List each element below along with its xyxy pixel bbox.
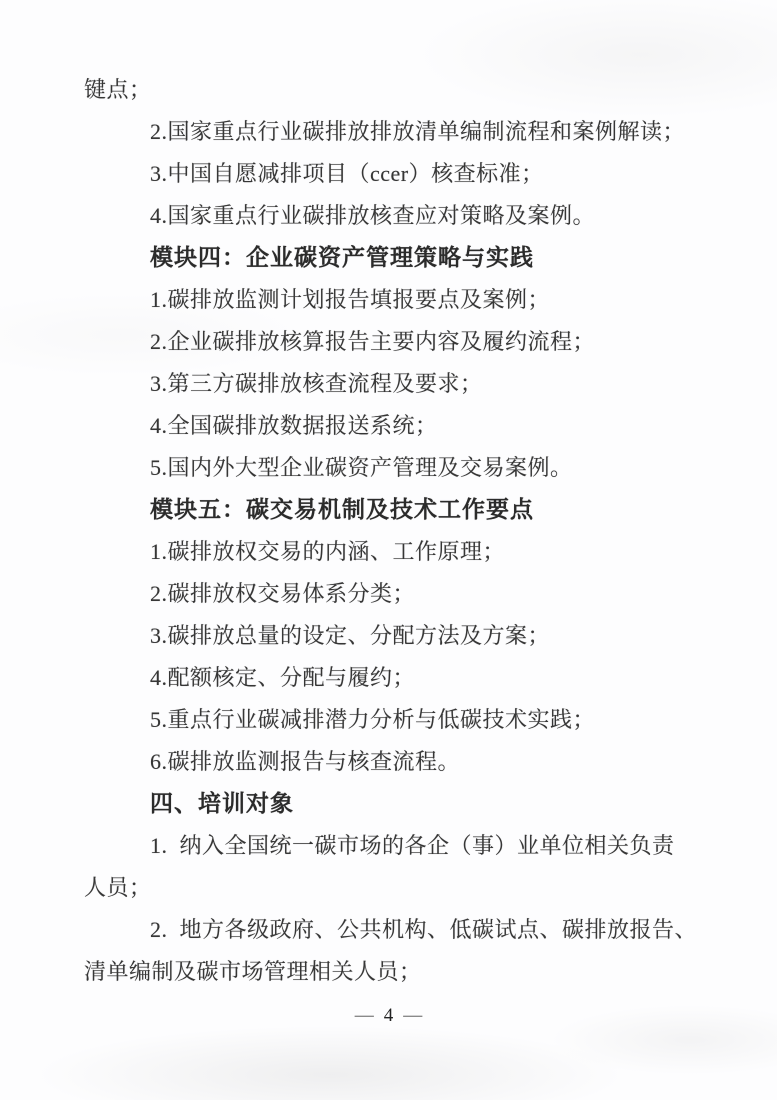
scanned-document-page: 键点； 2.国家重点行业碳排放排放清单编制流程和案例解读； 3.中国自愿减排项目… (0, 0, 777, 1100)
document-body: 键点； 2.国家重点行业碳排放排放清单编制流程和案例解读； 3.中国自愿减排项目… (84, 69, 697, 993)
body-line-list-item: 5.国内外大型企业碳资产管理及交易案例。 (84, 447, 697, 489)
body-line-continuation: 清单编制及碳市场管理相关人员； (84, 951, 697, 993)
footer-dash-left: — (355, 1005, 374, 1026)
body-line-list-item: 6.碳排放监测报告与核查流程。 (84, 741, 697, 783)
body-line-list-item: 2.国家重点行业碳排放排放清单编制流程和案例解读； (84, 111, 697, 153)
page-number: 4 (384, 1005, 394, 1026)
body-line-list-item: 4.配额核定、分配与履约； (84, 657, 697, 699)
body-line-list-item: 3.中国自愿减排项目（ccer）核查标准； (84, 153, 697, 195)
body-line-list-item: 2.碳排放权交易体系分类； (84, 573, 697, 615)
section-heading-module-4: 模块四：企业碳资产管理策略与实践 (84, 237, 697, 279)
body-line-list-item: 3.碳排放总量的设定、分配方法及方案； (84, 615, 697, 657)
section-heading-module-5: 模块五：碳交易机制及技术工作要点 (84, 489, 697, 531)
page-footer: —4— (0, 1005, 777, 1027)
body-line-list-item: 4.全国碳排放数据报送系统； (84, 405, 697, 447)
body-line-list-item: 1. 纳入全国统一碳市场的各企（事）业单位相关负责 (84, 825, 697, 867)
body-line-list-item: 4.国家重点行业碳排放核查应对策略及案例。 (84, 195, 697, 237)
body-line-list-item: 1.碳排放监测计划报告填报要点及案例； (84, 279, 697, 321)
section-heading-training-targets: 四、培训对象 (84, 783, 697, 825)
footer-dash-right: — (403, 1005, 422, 1026)
body-line-list-item: 2.企业碳排放核算报告主要内容及履约流程； (84, 321, 697, 363)
body-line-continuation: 人员； (84, 867, 697, 909)
body-line-continuation: 键点； (84, 69, 697, 111)
body-line-list-item: 1.碳排放权交易的内涵、工作原理； (84, 531, 697, 573)
body-line-list-item: 5.重点行业碳减排潜力分析与低碳技术实践； (84, 699, 697, 741)
body-line-list-item: 3.第三方碳排放核查流程及要求； (84, 363, 697, 405)
body-line-list-item: 2. 地方各级政府、公共机构、低碳试点、碳排放报告、 (84, 909, 697, 951)
